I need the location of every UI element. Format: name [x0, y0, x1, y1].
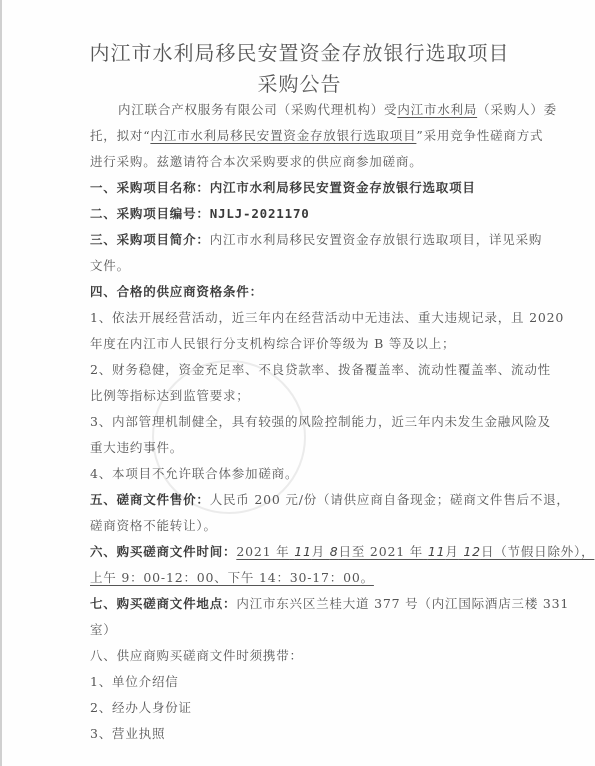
section-7: 七、购买磋商文件地点：内江市东兴区兰桂大道 377 号（内江国际酒店三楼 331: [90, 594, 569, 612]
section-6: 六、购买磋商文件时间：2021 年 11月 8日至 2021 年 11月 12日…: [90, 542, 594, 560]
date-text: 月: [312, 544, 325, 559]
qualification-3-line-1: 3、内部管理机制健全，具有较强的风险控制能力，近三年内未发生金融风险及: [90, 412, 551, 430]
required-item-3: 3、营业执照: [90, 724, 165, 742]
purchase-hours: 上午 9：00-12：00、下午 14：30-17：00。: [90, 568, 374, 586]
date-text: 日至 2021 年: [339, 544, 423, 559]
section-5: 五、磋商文件售价：人民币 200 元/份（请供应商自备现金；磋商文件售后不退，: [90, 490, 570, 508]
qualification-2-line-2: 比例等指标达到监管要求；: [90, 386, 250, 404]
section-5-cont: 磋商资格不能转让）。: [90, 516, 217, 534]
date-text: 月: [445, 544, 458, 559]
address-value: 内江市东兴区兰桂大道 377 号（内江国际酒店三楼 331: [236, 596, 569, 611]
intro-text: （采购人）委: [477, 102, 557, 117]
section-value: 内江市水利局移民安置资金存放银行选取项目，详见采购: [210, 232, 543, 247]
handwritten-month: 11: [294, 544, 312, 559]
section-value: 内江市水利局移民安置资金存放银行选取项目: [210, 180, 476, 195]
document-subtitle: 采购公告: [2, 68, 595, 97]
document-title: 内江市水利局移民安置资金存放银行选取项目: [2, 37, 595, 66]
qualification-1-line-2: 年度在内江市人民银行分支机构综合评价等级为 B 等及以上；: [90, 334, 455, 352]
section-4-heading: 四、合格的供应商资格条件：: [90, 282, 263, 300]
required-item-1: 1、单位介绍信: [90, 672, 179, 690]
intro-text: 内江联合产权服务有限公司（采购代理机构）受: [118, 102, 397, 117]
intro-text: 托，拟对“: [90, 128, 150, 143]
handwritten-month: 11: [428, 544, 446, 559]
section-label: 七、购买磋商文件地点：: [90, 596, 236, 611]
intro-line-3: 进行采购。兹邀请符合本次采购要求的供应商参加磋商。: [90, 152, 423, 170]
handwritten-day: 8: [330, 544, 339, 559]
section-3-cont: 文件。: [90, 256, 130, 274]
purchase-period: 2021 年 11月 8日至 2021 年 11月 12日（节假日除外），: [236, 544, 594, 559]
intro-text: ”采用竞争性磋商方式: [416, 128, 543, 143]
section-label: 五、磋商文件售价：: [90, 492, 210, 507]
handwritten-day: 12: [463, 544, 481, 559]
date-text: 日（节假日除外），: [481, 544, 594, 559]
section-label: 三、采购项目简介：: [90, 232, 210, 247]
section-label: 六、购买磋商文件时间：: [90, 544, 236, 559]
project-name: 内江市水利局移民安置资金存放银行选取项目: [150, 128, 416, 143]
qualification-2-line-1: 2、财务稳健，资金充足率、不良贷款率、拨备覆盖率、流动性覆盖率、流动性: [90, 360, 551, 378]
date-text: 2021 年: [236, 544, 289, 559]
qualification-3-line-2: 重大违约事件。: [90, 438, 183, 456]
section-3: 三、采购项目简介：内江市水利局移民安置资金存放银行选取项目，详见采购: [90, 230, 542, 248]
required-item-2: 2、经办人身份证: [90, 698, 192, 716]
section-label: 一、采购项目名称：: [90, 180, 210, 195]
section-7-cont: 室）: [90, 620, 117, 638]
section-1: 一、采购项目名称：内江市水利局移民安置资金存放银行选取项目: [90, 178, 476, 196]
section-label: 二、采购项目编号：: [90, 206, 210, 221]
intro-line-1: 内江联合产权服务有限公司（采购代理机构）受内江市水利局（采购人）委: [118, 100, 557, 118]
price-value: 人民币 200 元/份（请供应商自备现金；磋商文件售后不退，: [210, 492, 570, 507]
intro-line-2: 托，拟对“内江市水利局移民安置资金存放银行选取项目”采用竞争性磋商方式: [90, 126, 543, 144]
qualification-1-line-1: 1、依法开展经营活动，近三年内在经营活动中无违法、重大违规记录，且 2020: [90, 308, 564, 326]
qualification-4: 4、本项目不允许联合体参加磋商。: [90, 464, 298, 482]
project-number: NJLJ-2021170: [210, 206, 310, 221]
document-page: 内江市水利局移民安置资金存放银行选取项目 采购公告 内江联合产权服务有限公司（采…: [0, 0, 595, 766]
section-8-heading: 八、供应商购买磋商文件时须携带：: [90, 646, 303, 664]
buyer-name: 内江市水利局: [397, 102, 477, 117]
section-2: 二、采购项目编号：NJLJ-2021170: [90, 204, 310, 222]
